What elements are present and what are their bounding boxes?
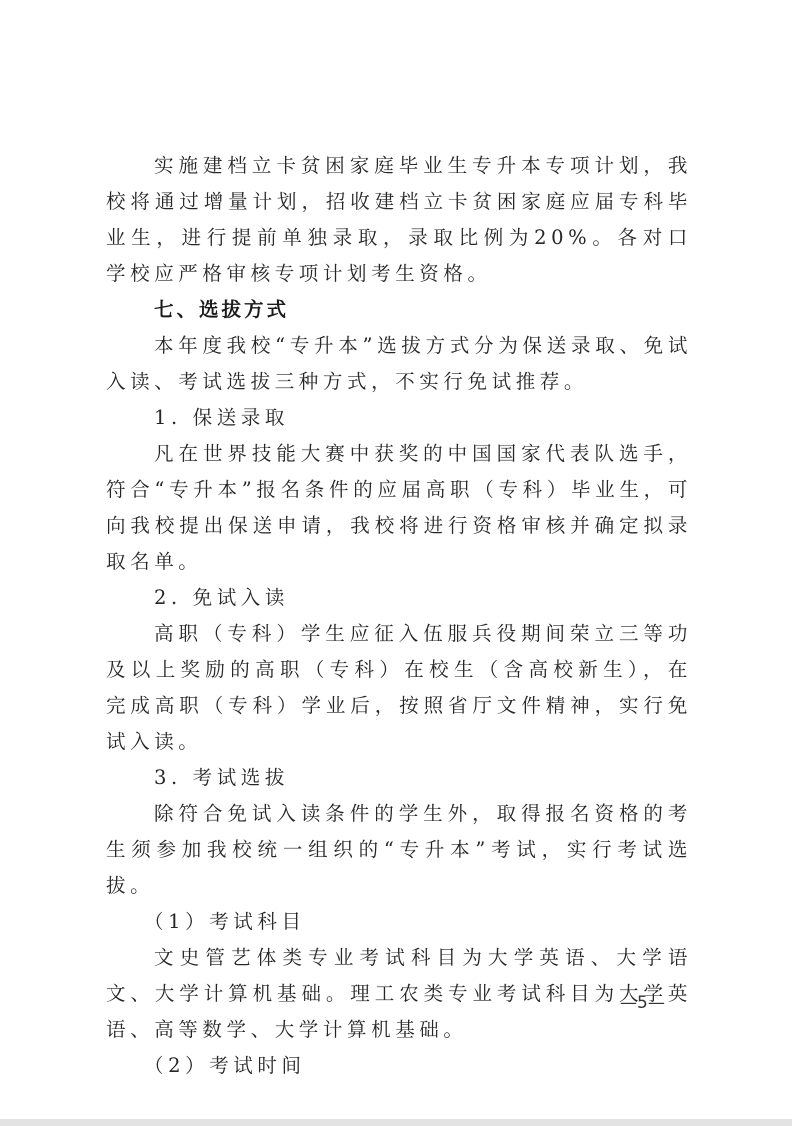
subheading-exam-subjects: （1）考试科目 — [106, 904, 692, 940]
document-body: 实施建档立卡贫困家庭毕业生专升本专项计划，我校将通过增量计划，招收建档立卡贫困家… — [106, 148, 692, 1084]
viewer-bottom-edge — [0, 1119, 792, 1126]
subheading-exam-time: （2）考试时间 — [106, 1048, 692, 1084]
paragraph-special-plan: 实施建档立卡贫困家庭毕业生专升本专项计划，我校将通过增量计划，招收建档立卡贫困家… — [106, 148, 692, 292]
subheading-exam-selection: 3. 考试选拔 — [106, 760, 692, 796]
paragraph-exam-selection: 除符合免试入读条件的学生外，取得报名资格的考生须参加我校统一组织的“专升本”考试… — [106, 796, 692, 904]
page-number: —5— — [620, 993, 665, 1013]
document-page: 实施建档立卡贫困家庭毕业生专升本专项计划，我校将通过增量计划，招收建档立卡贫困家… — [0, 0, 792, 1119]
paragraph-selection-overview: 本年度我校“专升本”选拔方式分为保送录取、免试入读、考试选拔三种方式，不实行免试… — [106, 328, 692, 400]
subheading-guaranteed-admission: 1. 保送录取 — [106, 400, 692, 436]
paragraph-exam-exemption: 高职（专科）学生应征入伍服兵役期间荣立三等功及以上奖励的高职（专科）在校生（含高… — [106, 616, 692, 760]
subheading-exam-exemption: 2. 免试入读 — [106, 580, 692, 616]
paragraph-guaranteed-admission: 凡在世界技能大赛中获奖的中国国家代表队选手，符合“专升本”报名条件的应届高职（专… — [106, 436, 692, 580]
paragraph-exam-subjects: 文史管艺体类专业考试科目为大学英语、大学语文、大学计算机基础。理工农类专业考试科… — [106, 940, 692, 1048]
section-heading-selection-methods: 七、选拔方式 — [106, 292, 692, 328]
